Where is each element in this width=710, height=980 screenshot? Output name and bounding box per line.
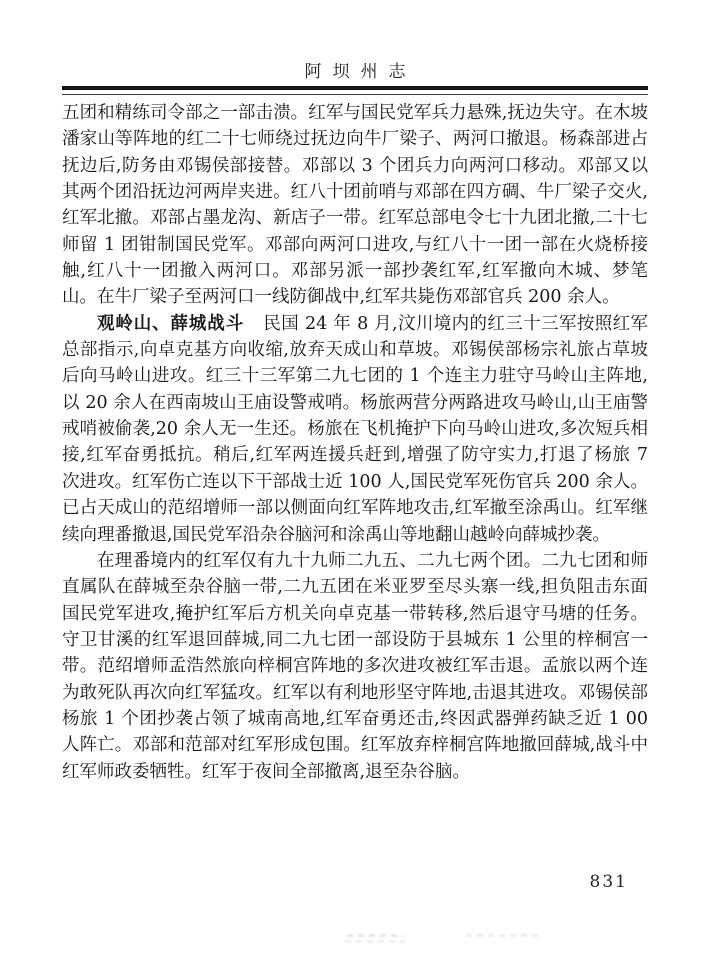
- section-paragraph: 观岭山、薛城战斗民国 24 年 8 月,汶川境内的红三十三军按照红军总部指示,向…: [62, 311, 648, 548]
- closing-paragraph: 在理番境内的红军仅有九十九师二九五、二九七两个团。二九七团和师直属队在薛城至杂谷…: [62, 548, 648, 785]
- body-text: 五团和精练司令部之一部击溃。红军与国民党军兵力悬殊,抚边失守。在木坡潘家山等阵地…: [62, 100, 648, 785]
- section-paragraph-text: 民国 24 年 8 月,汶川境内的红三十三军按照红军总部指示,向卓克基方向收缩,…: [62, 314, 648, 545]
- paragraph-continuation-text: 五团和精练司令部之一部击溃。红军与国民党军兵力悬殊,抚边失守。在木坡潘家山等阵地…: [62, 103, 648, 307]
- section-heading: 观岭山、薛城战斗: [97, 314, 263, 334]
- bleed-through-marks: [466, 934, 540, 937]
- running-head-title: 阿坝州志: [62, 57, 648, 82]
- header-double-rule: [62, 86, 648, 95]
- book-page: 阿坝州志 五团和精练司令部之一部击溃。红军与国民党军兵力悬殊,抚边失守。在木坡潘…: [0, 0, 710, 980]
- paragraph-continuation: 五团和精练司令部之一部击溃。红军与国民党军兵力悬殊,抚边失守。在木坡潘家山等阵地…: [62, 100, 648, 311]
- closing-paragraph-text: 在理番境内的红军仅有九十九师二九五、二九七两个团。二九七团和师直属队在薛城至杂谷…: [62, 551, 648, 782]
- page-number: 831: [62, 872, 628, 892]
- bleed-through-marks: [347, 934, 403, 937]
- bleed-through-marks: [345, 940, 405, 943]
